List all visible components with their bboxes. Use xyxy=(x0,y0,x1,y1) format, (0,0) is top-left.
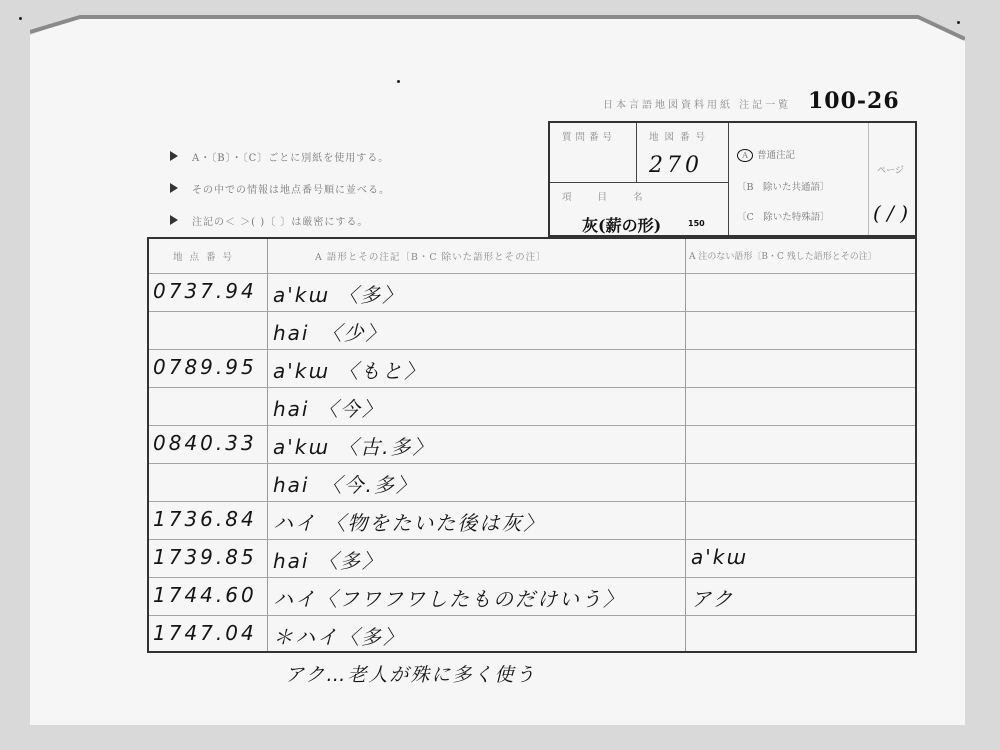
instruction-item: その中での情報は地点番号順に並べる。 xyxy=(170,172,390,204)
question-number-cell: 質問番号 xyxy=(550,123,637,183)
location-number: 0789.95 xyxy=(153,355,257,379)
row-divider xyxy=(149,463,915,464)
word-form: hai 〈多〉 xyxy=(273,545,384,574)
map-number-label: 地図番号 xyxy=(649,129,711,143)
triangle-bullet-icon xyxy=(170,151,178,161)
triangle-bullet-icon xyxy=(170,183,178,193)
row-divider xyxy=(149,311,915,312)
notes-table: 地点番号 A 語形とその注記〔B・C 除いた語形とその注〕 A 注のない語形〔B… xyxy=(147,237,917,653)
row-divider xyxy=(149,539,915,540)
option-a: A普通注記 xyxy=(737,147,795,162)
word-form: hai 〈今.多〉 xyxy=(273,469,418,498)
note-type-cell: A普通注記 〔B 除いた共通語〕 〔C 除いた特殊語〕 xyxy=(729,123,869,235)
page-value: ( / ) xyxy=(873,201,908,225)
word-form: ハイ 〈物をたいた後は灰〉 xyxy=(273,507,545,536)
column-divider xyxy=(685,239,686,651)
row-divider xyxy=(149,273,915,274)
footnote: アク…老人が殊に多く使う xyxy=(285,660,536,687)
circled-a-mark: A xyxy=(737,149,753,162)
location-number: 1736.84 xyxy=(153,507,257,531)
location-number: 1747.04 xyxy=(153,621,257,645)
option-c: 〔C 除いた特殊語〕 xyxy=(737,209,830,223)
word-form: hai 〈今〉 xyxy=(273,393,384,422)
word-form: a'kɯ 〈多〉 xyxy=(273,279,404,308)
location-number: 1739.85 xyxy=(153,545,257,569)
instruction-item: A・〔B〕・〔C〕ごとに別紙を使用する。 xyxy=(170,140,390,172)
column-divider xyxy=(267,239,268,651)
word-form: a'kɯ 〈古.多〉 xyxy=(273,431,435,460)
row-divider xyxy=(149,349,915,350)
page-cell: ページ ( / ) xyxy=(869,123,915,235)
sheet-title: 日本言語地図資料用紙 注記一覧 xyxy=(603,96,791,111)
location-number: 0737.94 xyxy=(153,279,257,303)
location-number: 1744.60 xyxy=(153,583,257,607)
row-divider xyxy=(149,577,915,578)
no-note-form: アク xyxy=(691,583,734,612)
word-form: ＊ハイ〈多〉 xyxy=(273,621,405,650)
instructions: A・〔B〕・〔C〕ごとに別紙を使用する。 その中での情報は地点番号順に並べる。 … xyxy=(170,140,390,236)
word-form: hai 〈少〉 xyxy=(273,317,388,346)
location-number: 0840.33 xyxy=(153,431,257,455)
page-label: ページ xyxy=(877,163,904,176)
item-code: 150 xyxy=(688,219,705,228)
instruction-item: 注記の＜ ＞( )〔 〕は厳密にする。 xyxy=(170,204,390,236)
question-number-label: 質問番号 xyxy=(562,129,616,143)
item-name-label: 項目名 xyxy=(562,189,669,203)
option-b: 〔B 除いた共通語〕 xyxy=(737,179,829,193)
dust-speck xyxy=(957,21,960,24)
form-number: 100-26 xyxy=(808,88,900,114)
map-number-value: 270 xyxy=(649,153,703,178)
map-number-cell: 地図番号 270 xyxy=(637,123,729,183)
word-form: ハイ〈フワフワしたものだけいう〉 xyxy=(273,583,625,612)
row-divider xyxy=(149,615,915,616)
header-box: 質問番号 地図番号 270 項目名 灰(薪の形) 150 A普通注記 〔B 除い… xyxy=(548,121,917,237)
row-divider xyxy=(149,425,915,426)
column-header-form: A 語形とその注記〔B・C 除いた語形とその注〕 xyxy=(315,249,547,263)
column-header-no-note-form: A 注のない語形〔B・C 残した語形とその注〕 xyxy=(689,249,877,262)
column-header-location: 地点番号 xyxy=(173,249,239,263)
dust-speck xyxy=(397,80,400,83)
row-divider xyxy=(149,501,915,502)
row-divider xyxy=(149,387,915,388)
item-name-value: 灰(薪の形) xyxy=(582,213,661,236)
dust-speck xyxy=(19,17,22,20)
word-form: a'kɯ 〈もと〉 xyxy=(273,355,426,384)
triangle-bullet-icon xyxy=(170,215,178,225)
no-note-form: a'kɯ xyxy=(691,545,748,569)
